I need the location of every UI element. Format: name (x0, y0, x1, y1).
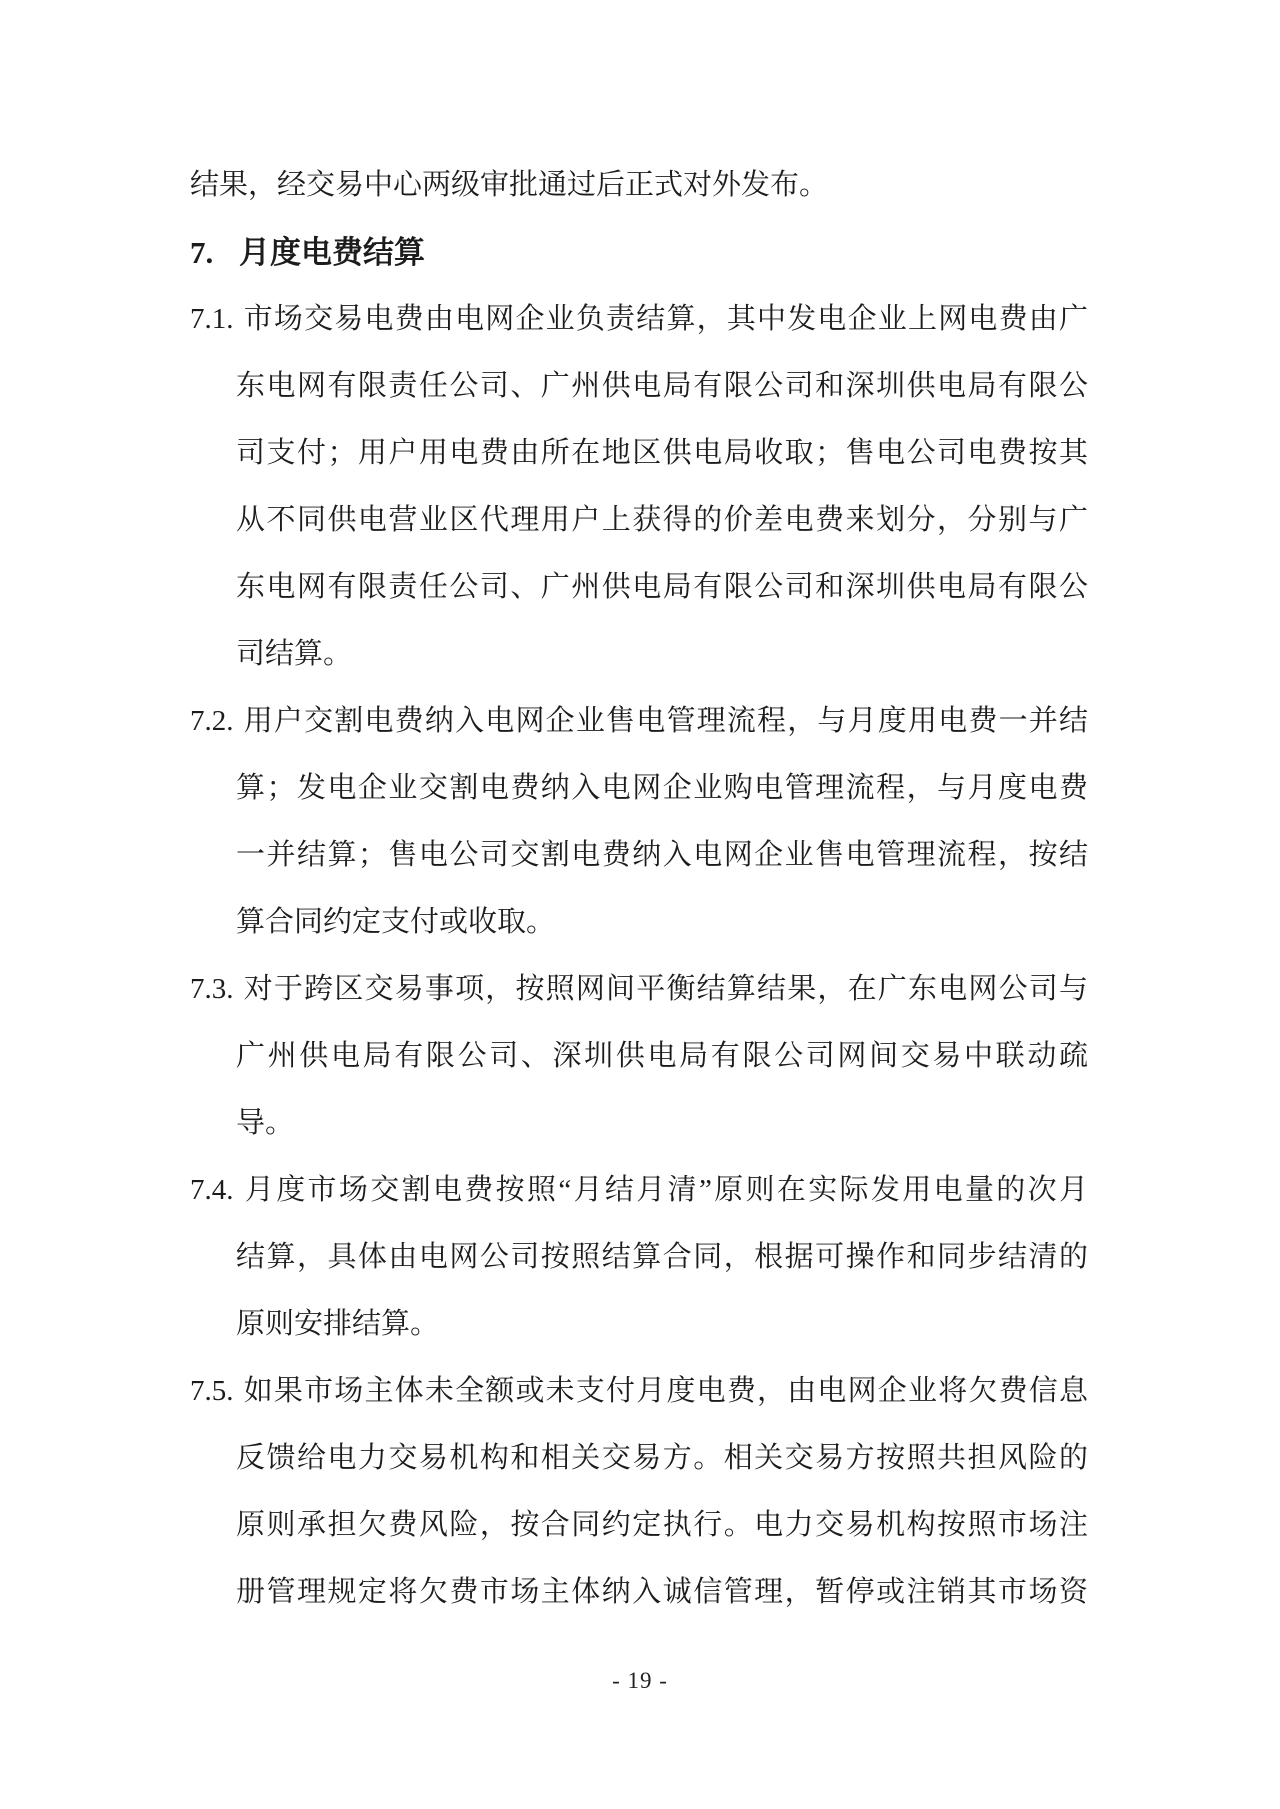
section-heading: 7.月度电费结算 (190, 219, 1088, 286)
body-line: 结算，具体由电网公司按照结算合同，根据可操作和同步结清的 (236, 1224, 1088, 1291)
body-line: 东电网有限责任公司、广州供电局有限公司和深圳供电局有限公 (236, 353, 1088, 420)
clause-number: 7.4. (190, 1174, 234, 1206)
body-line: 原则承担欠费风险，按合同约定执行。电力交易机构按照市场注 (236, 1492, 1088, 1559)
clause-7-5: 7.5.如果市场主体未全额或未支付月度电费，由电网企业将欠费信息 反馈给电力交易… (190, 1358, 1088, 1626)
section-heading-title: 月度电费结算 (239, 235, 425, 270)
clause-7-2: 7.2.用户交割电费纳入电网企业售电管理流程，与月度用电费一并结 算；发电企业交… (190, 688, 1088, 956)
body-line-text: 如果市场主体未全额或未支付月度电费，由电网企业将欠费信息 (243, 1375, 1089, 1407)
body-line: 导。 (236, 1090, 1088, 1157)
body-line: 7.3.对于跨区交易事项，按照网间平衡结算结果，在广东电网公司与 (236, 956, 1088, 1023)
clause-7-3: 7.3.对于跨区交易事项，按照网间平衡结算结果，在广东电网公司与 广州供电局有限… (190, 956, 1088, 1157)
body-line: 7.4.月度市场交割电费按照“月结月清”原则在实际发用电量的次月 (236, 1157, 1088, 1224)
body-line: 从不同供电营业区代理用户上获得的价差电费来划分，分别与广 (236, 487, 1088, 554)
body-line: 广州供电局有限公司、深圳供电局有限公司网间交易中联动疏 (236, 1023, 1088, 1090)
clause-number: 7.5. (190, 1375, 234, 1407)
body-line: 7.5.如果市场主体未全额或未支付月度电费，由电网企业将欠费信息 (236, 1358, 1088, 1425)
document-page: 结果，经交易中心两级审批通过后正式对外发布。 7.月度电费结算 7.1.市场交易… (0, 0, 1280, 1809)
clause-7-1: 7.1.市场交易电费由电网企业负责结算，其中发电企业上网电费由广 东电网有限责任… (190, 286, 1088, 688)
clause-7-4: 7.4.月度市场交割电费按照“月结月清”原则在实际发用电量的次月 结算，具体由电… (190, 1157, 1088, 1358)
section-heading-number: 7. (190, 219, 239, 286)
page-content: 结果，经交易中心两级审批通过后正式对外发布。 7.月度电费结算 7.1.市场交易… (190, 152, 1088, 1626)
body-line-text: 用户交割电费纳入电网企业售电管理流程，与月度用电费一并结 (243, 705, 1089, 737)
body-line: 原则安排结算。 (236, 1291, 1088, 1358)
clause-number: 7.1. (190, 303, 234, 335)
clause-number: 7.3. (190, 973, 234, 1005)
body-line: 算合同约定支付或收取。 (236, 889, 1088, 956)
body-line: 反馈给电力交易机构和相关交易方。相关交易方按照共担风险的 (236, 1425, 1088, 1492)
body-line: 册管理规定将欠费市场主体纳入诚信管理，暂停或注销其市场资 (236, 1559, 1088, 1626)
body-line-text: 月度市场交割电费按照“月结月清”原则在实际发用电量的次月 (243, 1174, 1089, 1206)
body-line: 算；发电企业交割电费纳入电网企业购电管理流程，与月度电费 (236, 755, 1088, 822)
clause-number: 7.2. (190, 705, 234, 737)
body-line: 司支付；用户用电费由所在地区供电局收取；售电公司电费按其 (236, 420, 1088, 487)
body-line: 司结算。 (236, 621, 1088, 688)
page-number: - 19 - (0, 1668, 1280, 1694)
body-line-text: 市场交易电费由电网企业负责结算，其中发电企业上网电费由广 (243, 303, 1089, 335)
body-line: 7.2.用户交割电费纳入电网企业售电管理流程，与月度用电费一并结 (236, 688, 1088, 755)
body-line: 东电网有限责任公司、广州供电局有限公司和深圳供电局有限公 (236, 554, 1088, 621)
paragraph-intro: 结果，经交易中心两级审批通过后正式对外发布。 (190, 152, 1088, 219)
body-line-text: 对于跨区交易事项，按照网间平衡结算结果，在广东电网公司与 (243, 973, 1089, 1005)
body-line: 7.1.市场交易电费由电网企业负责结算，其中发电企业上网电费由广 (236, 286, 1088, 353)
body-line: 一并结算；售电公司交割电费纳入电网企业售电管理流程，按结 (236, 822, 1088, 889)
